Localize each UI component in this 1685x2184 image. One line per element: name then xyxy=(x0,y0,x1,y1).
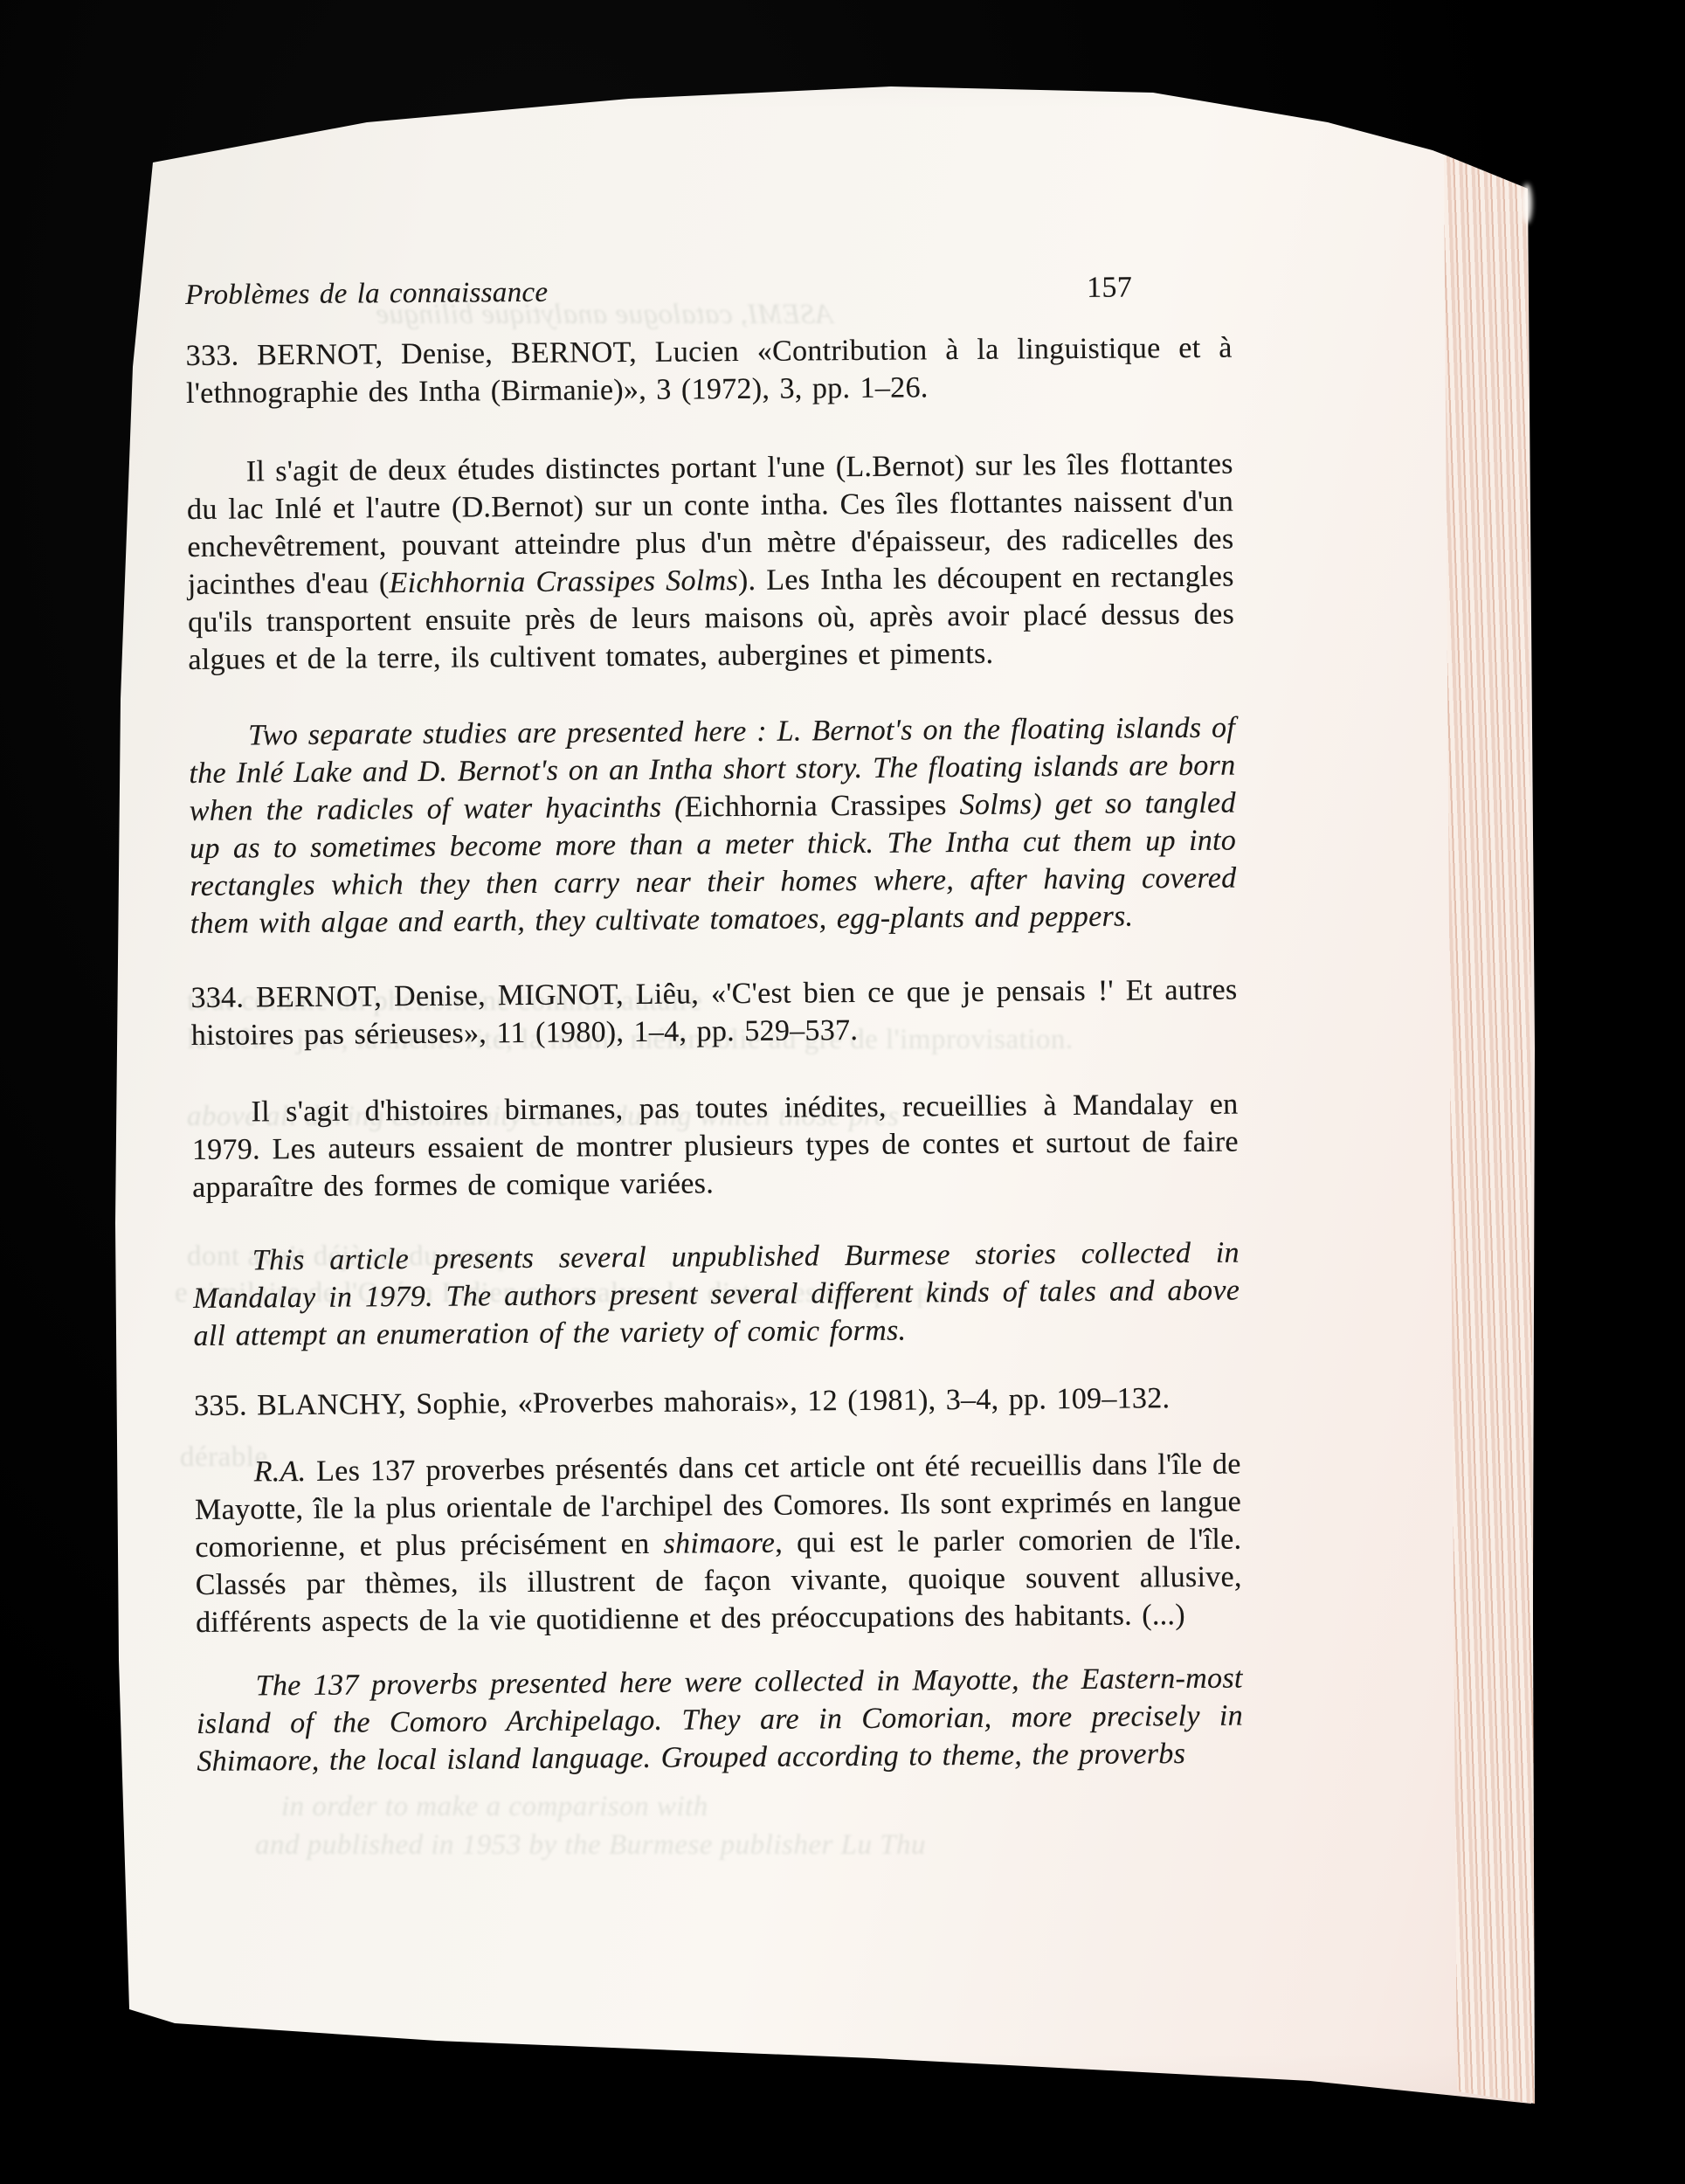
running-title: Problèmes de la connaissance xyxy=(185,277,548,311)
bleedthrough-line: in order to make a comparison with xyxy=(281,1791,708,1823)
abstract-french: Il s'agit de deux études distinctes port… xyxy=(187,446,1235,679)
abstract-english: This article presents several unpublishe… xyxy=(193,1234,1240,1355)
abstract-french: R.A. Les 137 proverbes présentés dans ce… xyxy=(195,1446,1243,1641)
text-column: Problèmes de la connaissance 157 333. BE… xyxy=(185,268,1243,1780)
bleedthrough-line: and published in 1953 by the Burmese pub… xyxy=(255,1829,926,1862)
bib-entry: 334. BERNOT, Denise, MIGNOT, Liêu, «'C'e… xyxy=(190,971,1238,1054)
abstract-english: Two separate studies are presented here … xyxy=(189,709,1237,943)
bib-entry: 333. BERNOT, Denise, BERNOT, Lucien «Con… xyxy=(186,329,1233,412)
bib-entry: 335. BLANCHY, Sophie, «Proverbes mahorai… xyxy=(194,1379,1240,1425)
page-number: 157 xyxy=(1087,268,1132,306)
bibliography-entries: 333. BERNOT, Denise, BERNOT, Lucien «Con… xyxy=(186,329,1244,1780)
abstract-english: The 137 proverbs presented here were col… xyxy=(197,1660,1244,1780)
book-photo: ASEMI, catalogue analytique bilinguetout… xyxy=(0,0,1685,2184)
page-header: Problèmes de la connaissance 157 xyxy=(185,268,1232,314)
page-edge-highlight xyxy=(1522,183,1532,224)
abstract-french: Il s'agit d'histoires birmanes, pas tout… xyxy=(191,1086,1239,1206)
